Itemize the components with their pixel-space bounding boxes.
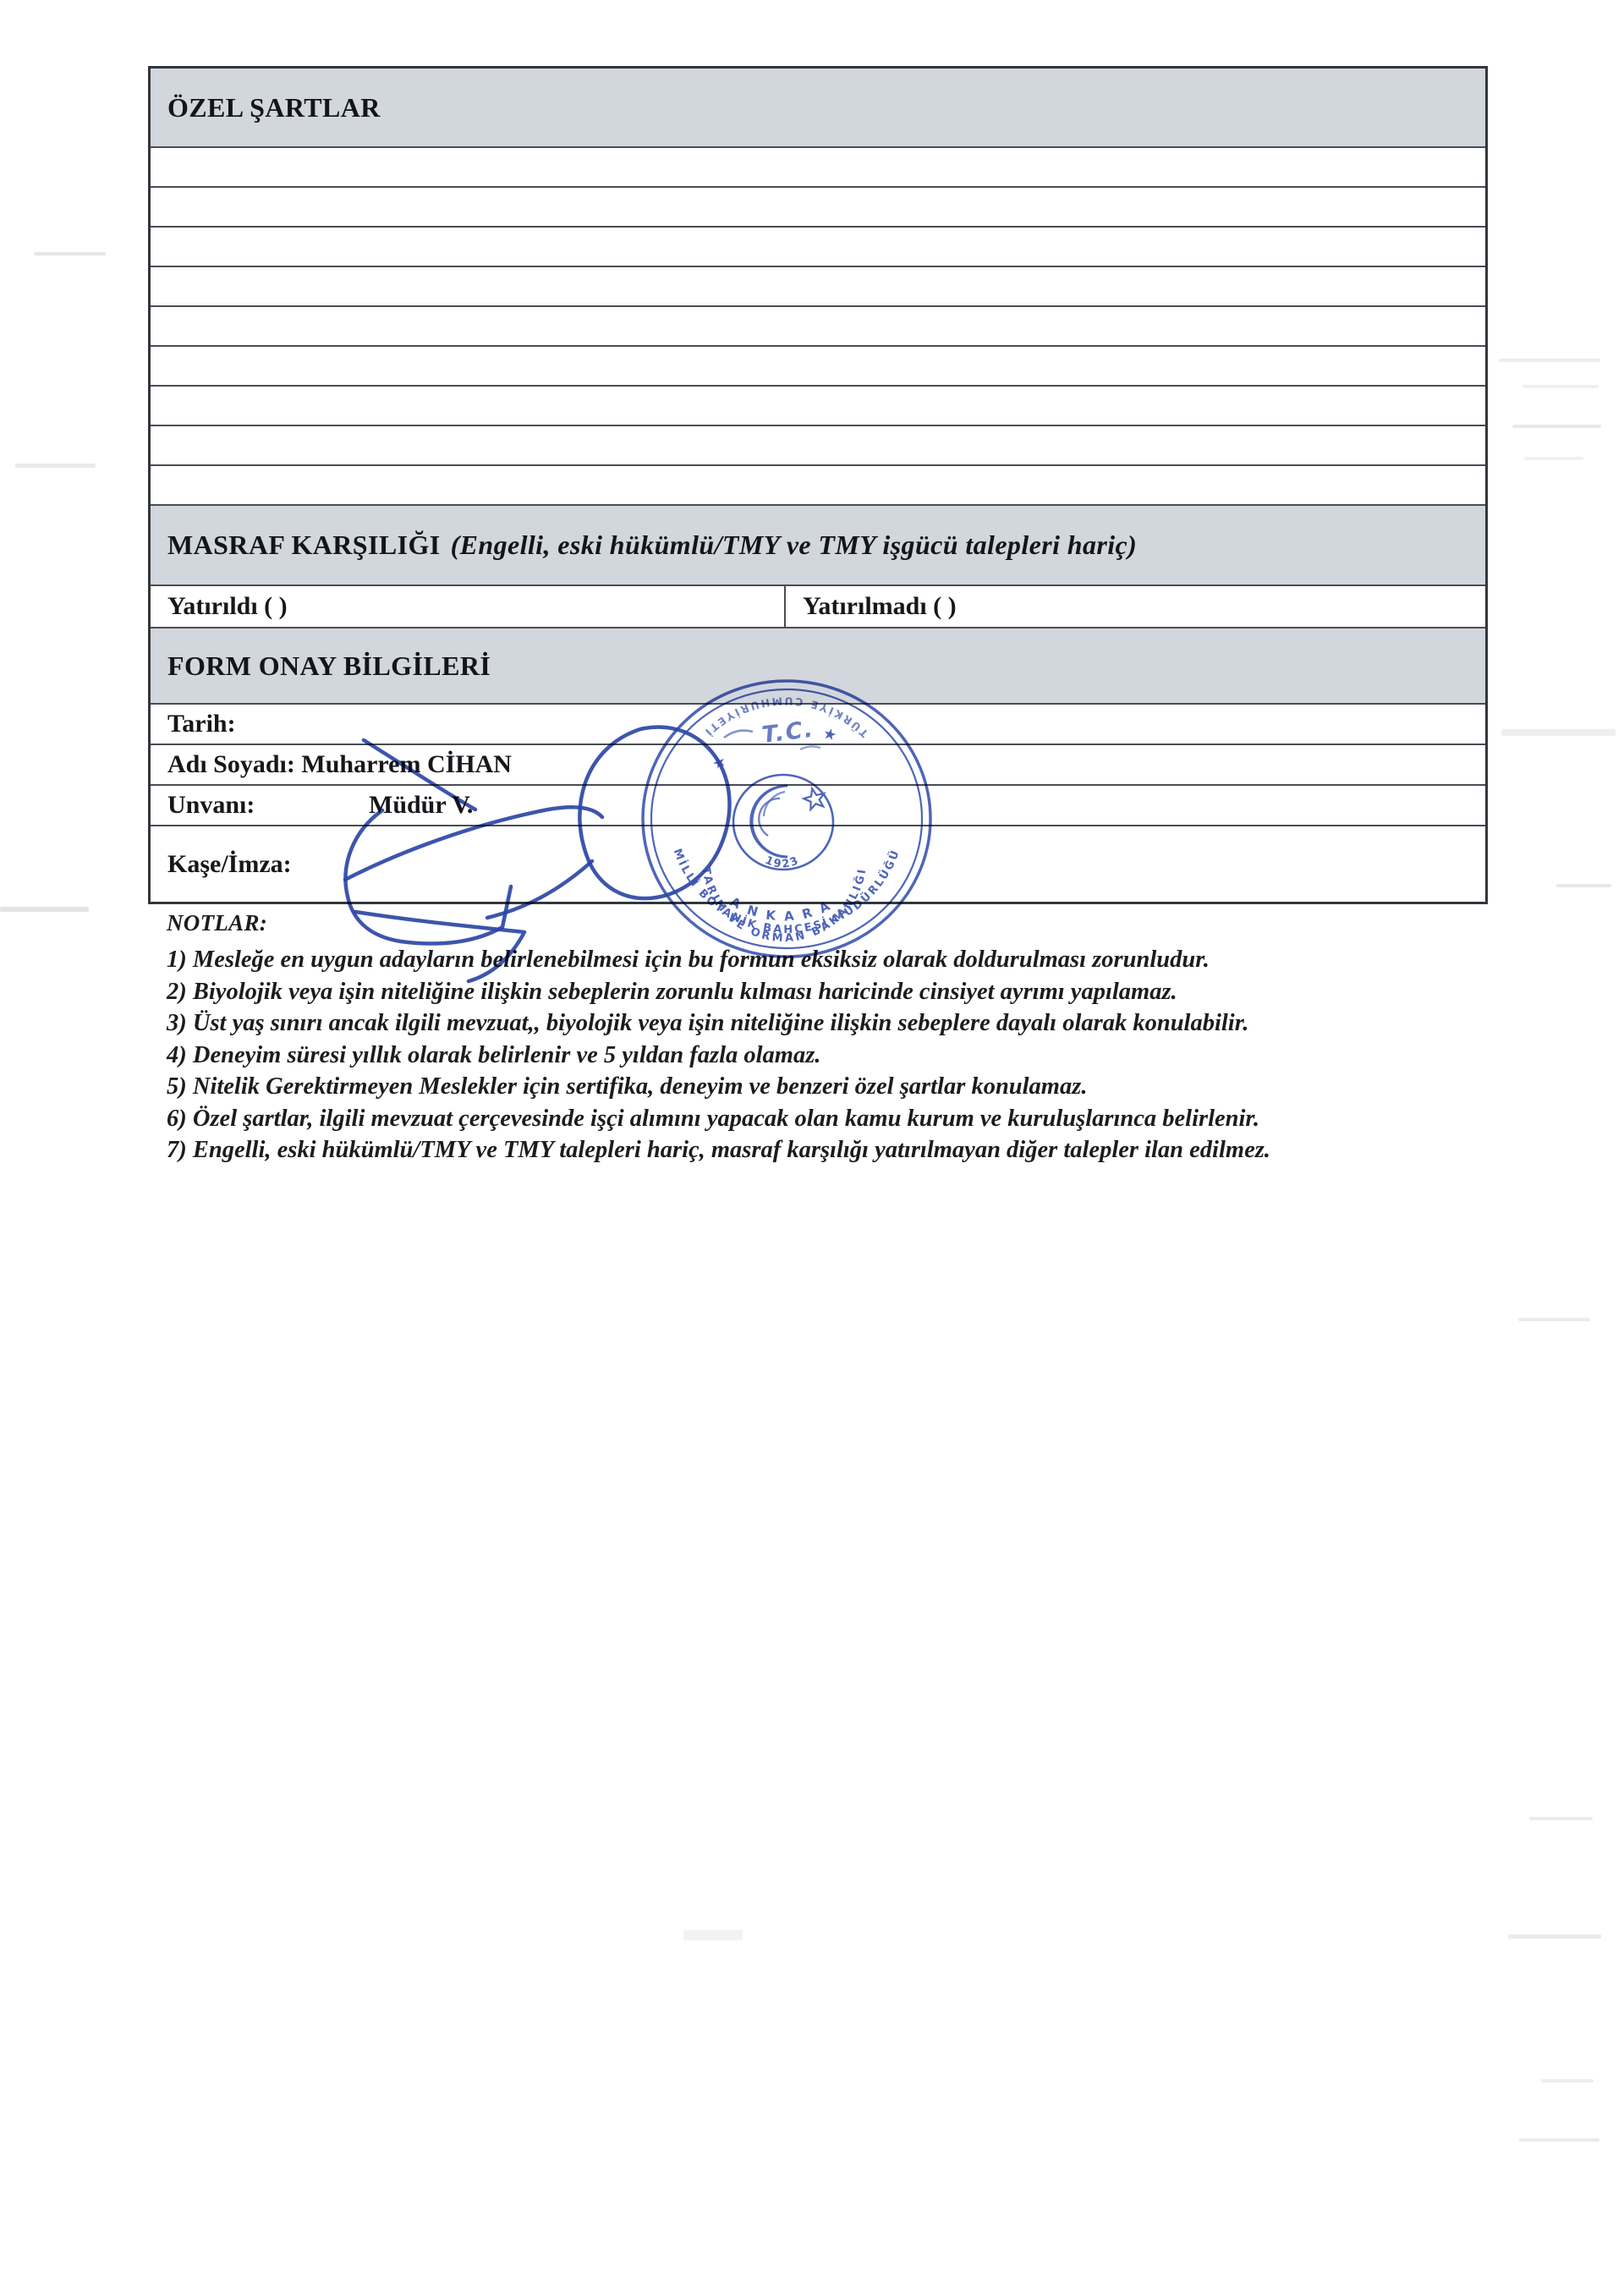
scan-artifact [1529, 1817, 1593, 1820]
scan-artifact [0, 907, 89, 912]
note-item: 5) Nitelik Gerektirmeyen Meslekler için … [167, 1071, 1270, 1103]
note-item: 6) Özel şartlar, ilgili mevzuat çerçeves… [167, 1103, 1270, 1135]
field-row-tarih: Tarih: [151, 703, 1485, 744]
empty-row [151, 305, 1485, 345]
note-item: 7) Engelli, eski hükümlü/TMY ve TMY tale… [167, 1134, 1270, 1166]
kase-imza-label: Kaşe/İmza: [167, 850, 292, 879]
scan-artifact [1541, 2079, 1594, 2083]
deposited-cell: Yatırıldı ( ) [151, 586, 786, 627]
section-header-form-onay: FORM ONAY BİLGİLERİ [151, 627, 1485, 703]
empty-row [151, 226, 1485, 266]
empty-row [151, 425, 1485, 464]
note-item: 1) Mesleğe en uygun adayların belirleneb… [167, 944, 1270, 976]
not-deposited-label: Yatırılmadı ( ) [803, 592, 957, 621]
scan-artifact [15, 464, 96, 468]
form-table: ÖZEL ŞARTLAR MASRAF KARŞILIĞI (Engelli, … [148, 66, 1488, 904]
scan-artifact [1508, 1935, 1601, 1939]
scan-artifact [1522, 385, 1599, 388]
form-onay-title: FORM ONAY BİLGİLERİ [167, 650, 491, 682]
scan-artifact [683, 1930, 743, 1940]
note-item: 2) Biyolojik veya işin niteliğine ilişki… [167, 976, 1270, 1008]
empty-row [151, 345, 1485, 385]
deposited-label: Yatırıldı ( ) [167, 592, 288, 621]
scan-artifact [1556, 884, 1611, 887]
scan-artifact [1524, 457, 1583, 460]
scan-artifact [1501, 729, 1616, 736]
masraf-choice-row: Yatırıldı ( ) Yatırılmadı ( ) [151, 584, 1485, 627]
note-item: 4) Deneyim süresi yıllık olarak belirlen… [167, 1040, 1270, 1072]
tarih-label: Tarih: [167, 710, 236, 738]
field-row-adi-soyadi: Adı Soyadı: Muharrem CİHAN [151, 744, 1485, 784]
field-row-kase-imza: Kaşe/İmza: [151, 825, 1485, 902]
empty-row [151, 385, 1485, 425]
unvani-label: Unvanı: [167, 791, 369, 820]
empty-row [151, 146, 1485, 186]
note-item: 3) Üst yaş sınırı ancak ilgili mevzuat,,… [167, 1007, 1270, 1040]
adi-soyadi-value: Muharrem CİHAN [301, 750, 512, 779]
scan-artifact [1512, 425, 1601, 428]
scan-artifact [34, 252, 106, 255]
empty-row [151, 186, 1485, 226]
scan-artifact [1499, 359, 1600, 362]
empty-row [151, 464, 1485, 504]
notes-section: NOTLAR: 1) Mesleğe en uygun adayların be… [167, 910, 1270, 1166]
empty-row [151, 266, 1485, 305]
masraf-subtitle: (Engelli, eski hükümlü/TMY ve TMY işgücü… [451, 530, 1138, 561]
section-header-masraf: MASRAF KARŞILIĞI (Engelli, eski hükümlü/… [151, 504, 1485, 584]
scanned-form-page: ÖZEL ŞARTLAR MASRAF KARŞILIĞI (Engelli, … [0, 0, 1624, 2294]
section-header-ozel-sartlar: ÖZEL ŞARTLAR [151, 69, 1485, 146]
unvani-value: Müdür V. [369, 791, 473, 820]
field-row-unvani: Unvanı: Müdür V. [151, 784, 1485, 825]
scan-artifact [1518, 1318, 1590, 1321]
adi-soyadi-label: Adı Soyadı: [167, 750, 295, 779]
masraf-title: MASRAF KARŞILIĞI [167, 530, 441, 561]
scan-artifact [1519, 2138, 1599, 2142]
not-deposited-cell: Yatırılmadı ( ) [786, 586, 1485, 627]
notes-title: NOTLAR: [167, 910, 1270, 936]
ozel-sartlar-title: ÖZEL ŞARTLAR [167, 92, 381, 123]
